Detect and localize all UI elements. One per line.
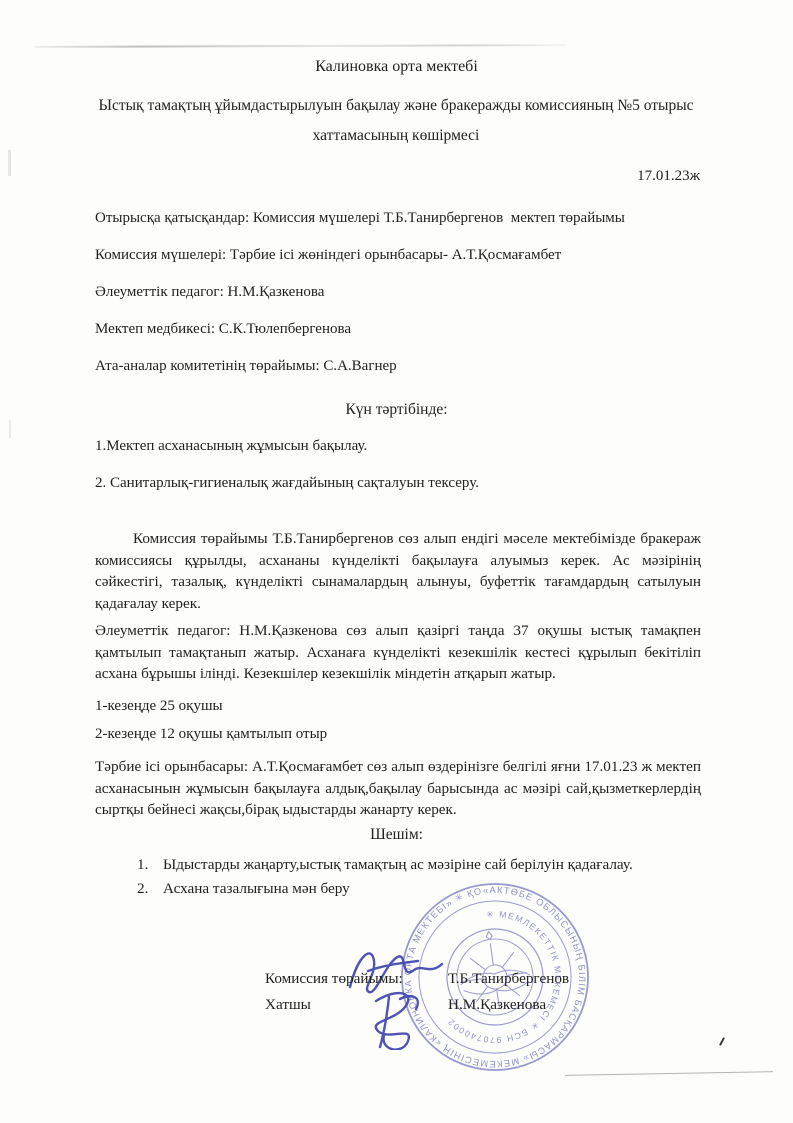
discussion-paragraph-1: Комиссия төрайымы Т.Б.Танирбергенов сөз … [95,528,701,614]
participant-line: Отырысқа қатысқандар: Комиссия мүшелері … [95,210,715,227]
signature-row: Хатшы Н.М.Қазкенова [265,996,665,1022]
scan-artifact-speck [8,150,11,176]
decision-item: 1. Ыдыстарды жаңарту,ыстық тамақтың ас м… [137,856,737,874]
signature-label: Хатшы [265,996,448,1022]
scan-artifact-line-top [35,44,565,48]
participant-line: Әлеуметтік педагог: Н.М.Қазкенова [95,284,715,301]
scan-artifact-line-bottom [565,1071,773,1076]
decision-number: 1. [137,856,163,874]
signature-name: Н.М.Қазкенова [448,996,546,1022]
scan-artifact-tick [719,1037,725,1046]
agenda-heading: Күн тәртібінде: [0,401,793,419]
agenda-item: 2. Санитарлық-гигиеналық жағдайының сақт… [95,475,715,492]
decision-text: Асхана тазалығына мән беру [163,880,350,898]
school-title: Калиновка орта мектебі [0,58,793,76]
discussion-paragraph-3: Тәрбие ісі орынбасары: А.Т.Қосмағамбет с… [95,756,701,821]
scan-artifact-speck [9,420,11,438]
participant-line: Ата-аналар комитетінің төрайымы: С.А.Ваг… [95,358,715,375]
participant-line: Комиссия мүшелері: Тәрбие ісі жөніндегі … [95,247,715,264]
stage1-line: 1-кезеңде 25 оқушы [95,698,715,715]
agenda-item: 1.Мектеп асханасының жұмысын бақылау. [95,438,715,455]
signature-block: Комиссия төрайымы: Т.Б.Танирбергенов Хат… [265,970,665,1022]
signature-label: Комиссия төрайымы: [265,970,448,996]
decision-heading: Шешім: [0,826,793,844]
discussion-paragraph-2: Әлеуметтік педагог: Н.М.Қазкенова сөз ал… [95,620,701,685]
signature-row: Комиссия төрайымы: Т.Б.Танирбергенов [265,970,665,996]
document-date: 17.01.23ж [95,168,700,185]
protocol-subtitle: Ыстық тамақтың ұйымдастырылуын бақылау ж… [76,91,716,151]
signature-name: Т.Б.Танирбергенов [448,970,569,996]
participant-line: Мектеп медбикесі: С.К.Тюлепбергенова [95,321,715,338]
decision-number: 2. [137,880,163,898]
stage2-line: 2-кезеңде 12 оқушы қамтылып отыр [95,726,715,743]
scanned-document-page: Калиновка орта мектебі Ыстық тамақтың ұй… [0,0,793,1123]
